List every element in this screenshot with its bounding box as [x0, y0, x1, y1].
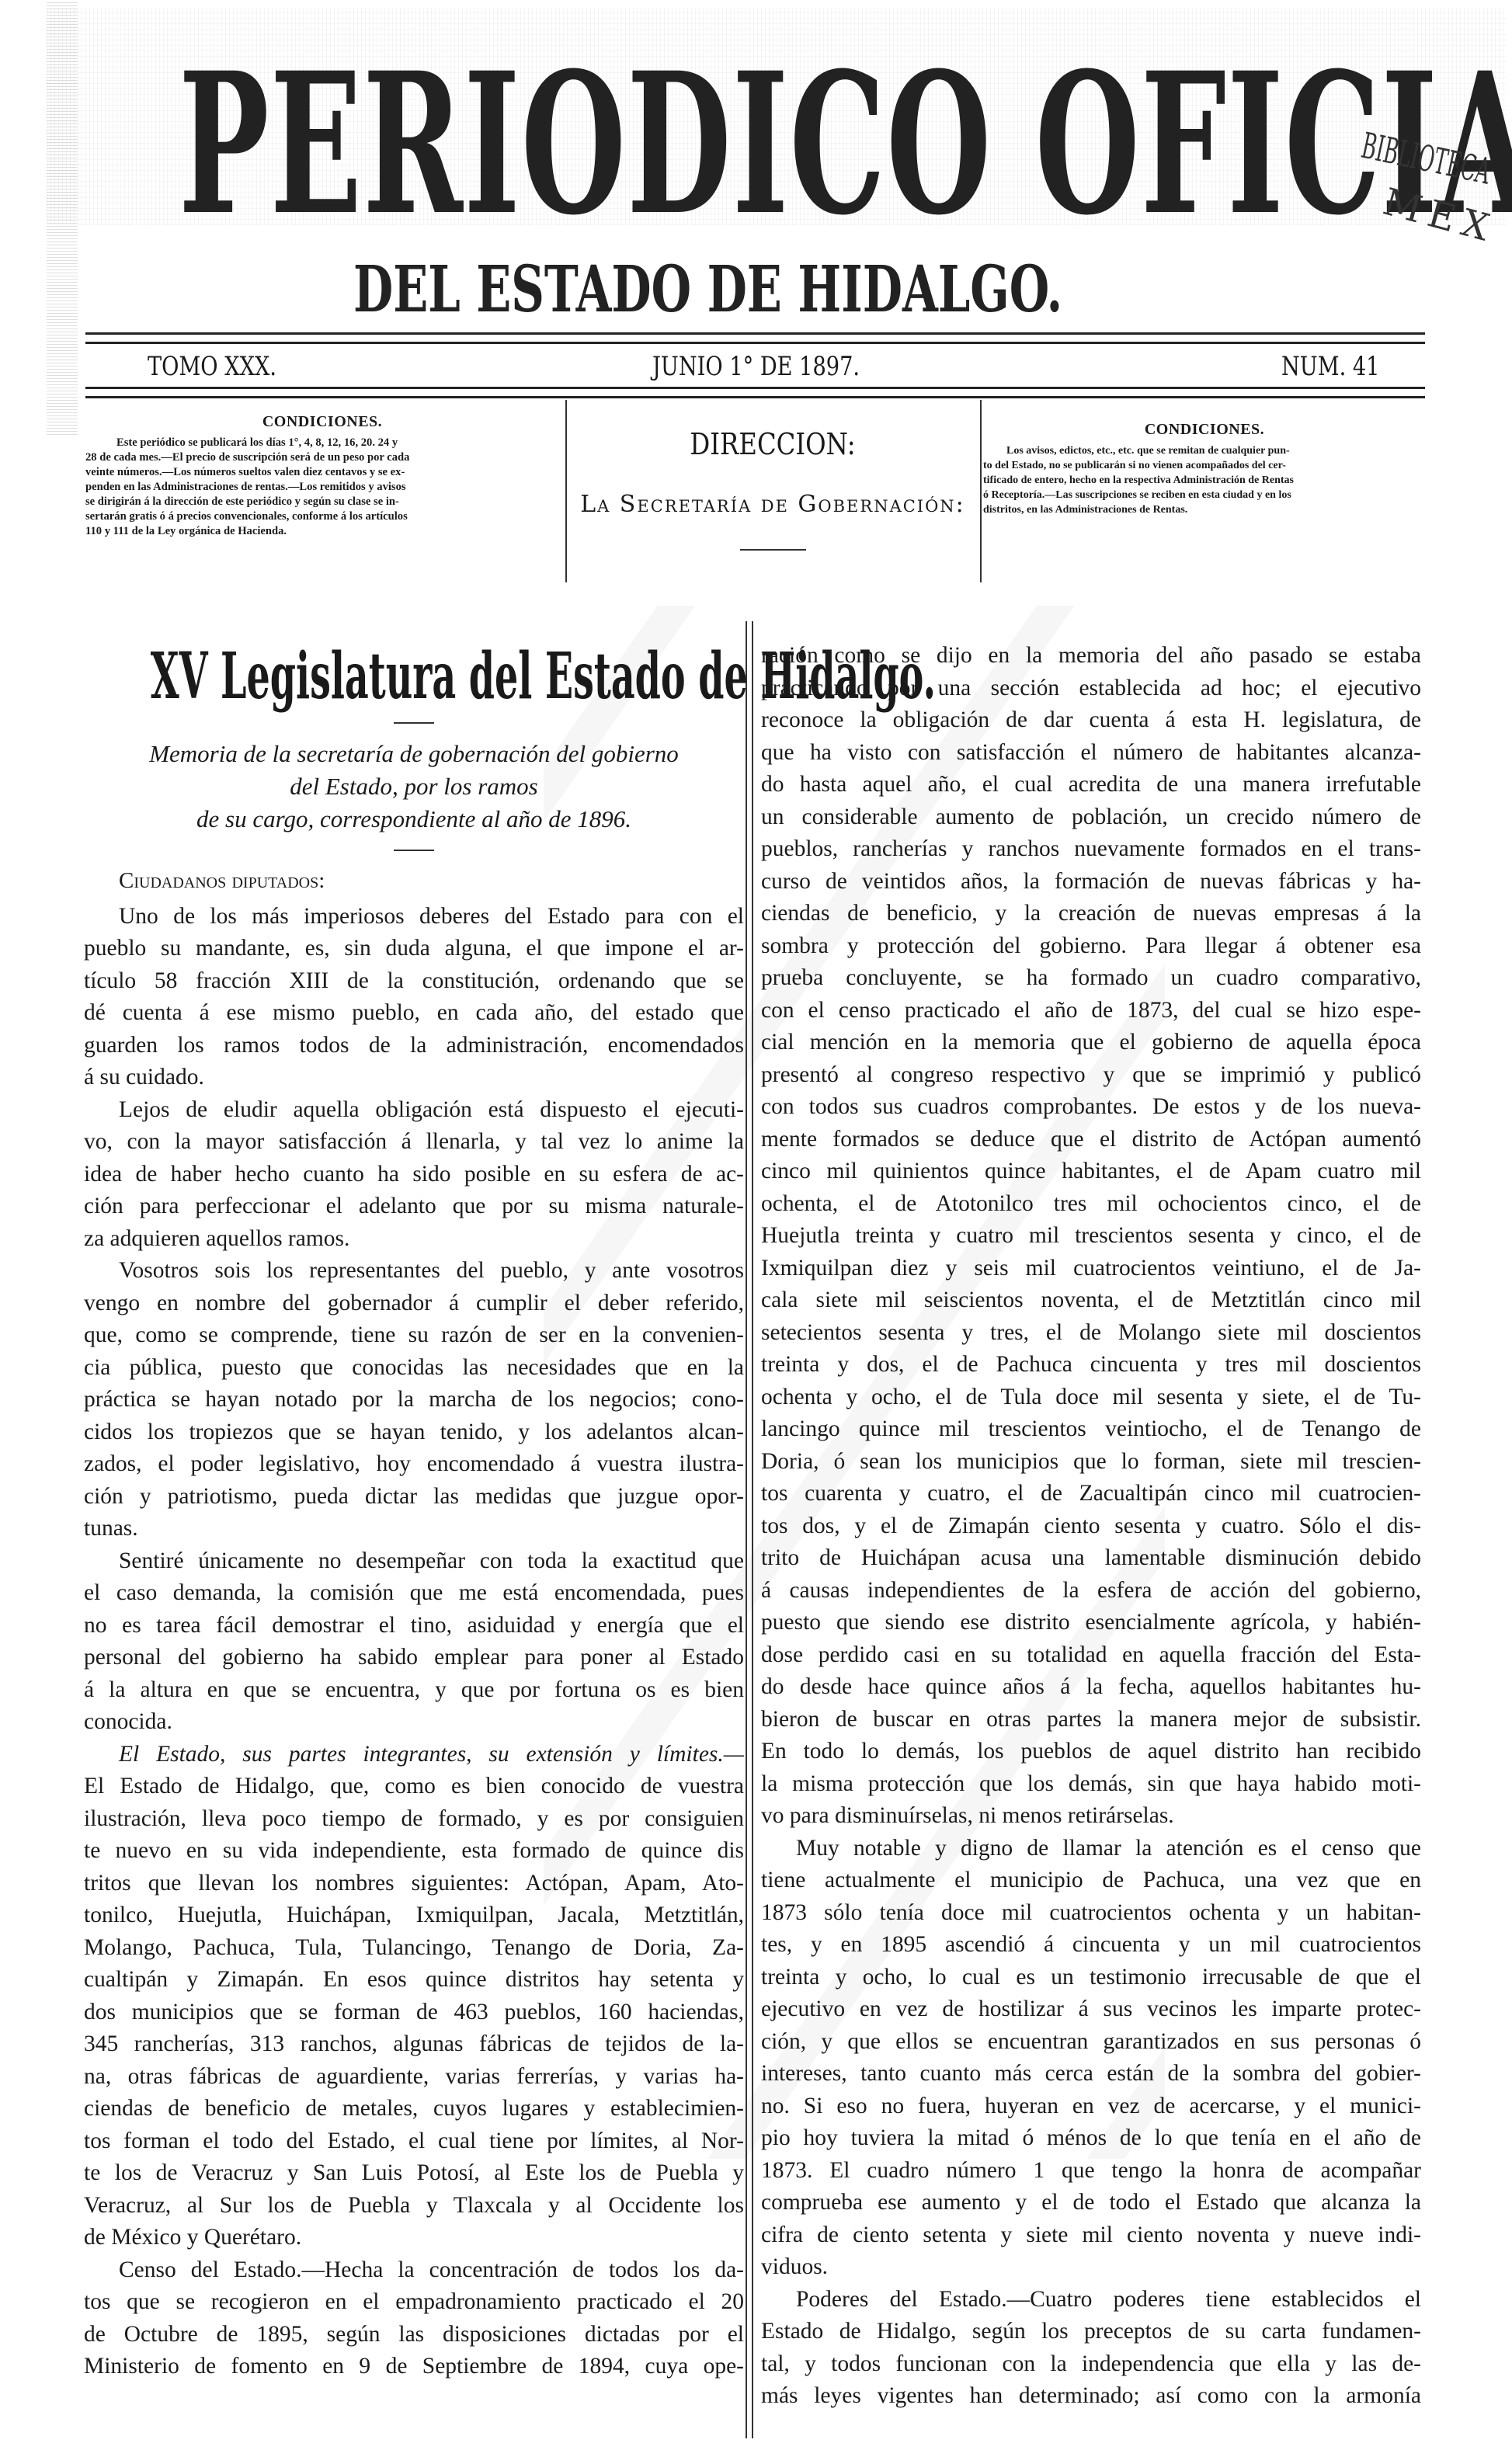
text-line: pueblos, rancherías y ranchos nuevamente… [761, 833, 1421, 866]
text-line: 345 rancherías, 313 ranchos, algunas fáb… [84, 2028, 744, 2061]
text-line: intereses, tanto cuanto más cerca están … [761, 2058, 1421, 2090]
text-line: ciendas de beneficio, y la creación de n… [761, 898, 1421, 930]
conditions-left-title: CONDICIONES. [85, 413, 559, 431]
text-line: ción, y que ellos se encuentran garantiz… [761, 2026, 1421, 2059]
text-line: tes, y en 1895 ascendió á cincuenta y un… [761, 1929, 1421, 1962]
column-separator [746, 621, 753, 2438]
text-line: sombra y protección del gobierno. Para l… [761, 930, 1421, 963]
text-line: to del Estado, no se publicarán si no vi… [983, 458, 1426, 473]
text-line: guarden los ramos todos de la administra… [84, 1030, 744, 1062]
text-line: tunas. [84, 1513, 744, 1545]
direction-title: DIRECCION: [598, 427, 948, 461]
text-line: dé cuenta á ese mismo pueblo, en cada añ… [84, 997, 744, 1030]
text-line: Doria, ó sean los municipios que lo form… [761, 1446, 1421, 1479]
issue-info-line: TOMO XXX. JUNIO 1° DE 1897. NUM. 41 [85, 348, 1425, 387]
text-line: Uno de los más imperiosos deberes del Es… [84, 901, 744, 933]
text-line: tonilco, Huejutla, Huichápan, Ixmiquilpa… [84, 1899, 744, 1932]
direction-rule [740, 549, 806, 551]
text-line: cala siete mil seiscientos noventa, el d… [761, 1284, 1421, 1317]
text-line: lancingo quince mil trescientos veintioc… [761, 1413, 1421, 1446]
text-line: Estado de Hidalgo, según los preceptos d… [761, 2316, 1421, 2348]
text-line: Censo del Estado.—Hecha la concentración… [84, 2254, 744, 2287]
scan-edge-noise [47, 0, 78, 435]
text-line: dose perdido casi en su totalidad en aqu… [761, 1639, 1421, 1672]
text-line: á su cuidado. [84, 1062, 744, 1094]
text-line: Veracruz, al Sur los de Puebla y Tlaxcal… [84, 2190, 744, 2222]
text-line: tiene actualmente el municipio de Pachuc… [761, 1864, 1421, 1897]
subtitle-line: Memoria de la secretaría de gobernación … [84, 738, 744, 770]
text-line: veinte números.—Los números sueltos vale… [85, 465, 559, 480]
text-line: personal del gobierno ha sabido emplear … [84, 1642, 744, 1674]
article-subtitle: Memoria de la secretaría de gobernación … [84, 738, 744, 836]
text-line: treinta y dos, el de Pachuca cincuenta y… [761, 1349, 1421, 1381]
text-line: trito de Huichápan acusa una lamentable … [761, 1542, 1421, 1575]
text-line: con el censo practicado el año de 1873, … [761, 995, 1421, 1027]
text-line: Ixmiquilpan diez y seis mil cuatrociento… [761, 1253, 1421, 1285]
text-line: ción y patriotismo, pueda dictar las med… [84, 1481, 744, 1513]
text-line: ilustración, lleva poco tiempo de formad… [84, 1803, 744, 1836]
masthead-title: PERIODICO OFICIAL [179, 47, 910, 241]
text-line: de Octubre de 1895, según las disposicio… [84, 2319, 744, 2351]
text-line: cial mención en la memoria que el gobier… [761, 1027, 1421, 1059]
box-divider [980, 400, 982, 582]
text-line: vo, con la mayor satisfacción á llenarla… [84, 1126, 744, 1159]
text-line: vengo en nombre del gobernador á cumplir… [84, 1288, 744, 1320]
text-line: comprueba ese aumento y el de todo el Es… [761, 2187, 1421, 2219]
text-line: un considerable aumento de población, un… [761, 801, 1421, 834]
direction-box: DIRECCION: La Secretaría de Gobernación: [567, 404, 978, 590]
text-line: tos dos, y el de Zimapán ciento sesenta … [761, 1510, 1421, 1543]
stamp-text-biblioteca: BIBLIOTECA [1358, 124, 1494, 193]
article-right-column: ración como se dijo en la memoria del añ… [761, 640, 1421, 2413]
text-line: cifra de ciento setenta y siete mil cien… [761, 2219, 1421, 2252]
text-line: cia pública, puesto que conocidas las ne… [84, 1352, 744, 1385]
text-line: El Estado, sus partes integrantes, su ex… [84, 1739, 744, 1771]
issue-volume: TOMO XXX. [148, 351, 276, 382]
text-line: curso de veintidos años, la formación de… [761, 866, 1421, 898]
text-line: sertarán gratis ó á precios convencional… [85, 509, 559, 524]
text-line: cualtipán y Zimapán. En esos quince dist… [84, 1964, 744, 1996]
text-line: do desde hace quince años á la fecha, aq… [761, 1671, 1421, 1704]
text-line: Molango, Pachuca, Tula, Tulancingo, Tena… [84, 1932, 744, 1965]
text-line: ó Receptoría.—Las suscripciones se recib… [983, 488, 1426, 502]
text-line: vo para disminuírselas, ni menos retirár… [761, 1800, 1421, 1833]
conditions-right-title: CONDICIONES. [983, 421, 1426, 439]
text-line: Vosotros sois los representantes del pue… [84, 1255, 744, 1288]
subtitle-line: del Estado, por los ramos [84, 770, 744, 803]
text-line: Muy notable y digno de llamar la atenció… [761, 1833, 1421, 1865]
text-line: viduos. [761, 2251, 1421, 2284]
text-line: más leyes vigentes han determinado; así … [761, 2380, 1421, 2413]
text-line: tos forman el todo del Estado, el cual t… [84, 2125, 744, 2158]
masthead-subtitle: DEL ESTADO DE HIDALGO. [353, 252, 1062, 327]
text-line: cinco mil quinientos quince habitantes, … [761, 1155, 1421, 1188]
text-line: Lejos de eludir aquella obligación está … [84, 1094, 744, 1127]
text-line: mente formados se deduce que el distrito… [761, 1124, 1421, 1156]
text-line: 1873. El cuadro número 1 que tengo la ho… [761, 2155, 1421, 2188]
text-line: ejecutivo en vez de hostilizar á sus vec… [761, 1993, 1421, 2026]
text-line: El Estado de Hidalgo, que, como es bien … [84, 1771, 744, 1803]
text-line: Ministerio de fomento en 9 de Septiembre… [84, 2351, 744, 2383]
text-line: pio hoy tuviera la mitad ó ménos de lo q… [761, 2122, 1421, 2155]
conditions-box-right: CONDICIONES. Los avisos, edictos, etc., … [983, 404, 1426, 590]
text-line: tos cuarenta y cuatro, el de Zacualtipán… [761, 1478, 1421, 1510]
text-line: distritos, en las Administraciones de Re… [983, 502, 1426, 517]
title-rule [394, 722, 434, 724]
text-line: pueblo su mandante, es, sin duda alguna,… [84, 933, 744, 965]
text-line: cidos los tropiezos que se hayan tenido,… [84, 1416, 744, 1449]
text-line: dos municipios que se forman de 463 pueb… [84, 1996, 744, 2029]
text-line: bieron de buscar en otras partes la mane… [761, 1704, 1421, 1736]
right-column-body: ración como se dijo en la memoria del añ… [761, 640, 1421, 2413]
text-line: á la altura en que se encuentra, y que p… [84, 1674, 744, 1707]
text-line: ochenta y ocho, el de Tula doce mil sese… [761, 1381, 1421, 1414]
text-line: ochenta, el de Atotonilco tres mil ochoc… [761, 1188, 1421, 1221]
text-line: ción para perfeccionar el adelanto que p… [84, 1190, 744, 1223]
text-line: Los avisos, edictos, etc., etc. que se r… [983, 443, 1426, 458]
text-line: practicando por una sección establecida … [761, 672, 1421, 705]
text-line: Poderes del Estado.—Cuatro poderes tiene… [761, 2284, 1421, 2316]
article-title: XV Legislatura del Estado de Hidalgo. [151, 645, 678, 708]
subtitle-rule [394, 850, 434, 851]
text-line: que, como se comprende, tiene su razón d… [84, 1319, 744, 1352]
issue-number: NUM. 41 [1281, 351, 1379, 382]
text-line: na, otras fábricas de aguardiente, varia… [84, 2061, 744, 2094]
header-rule-bottom [85, 387, 1425, 398]
text-line: treinta y ocho, lo cual es un testimonio… [761, 1962, 1421, 1994]
text-line: tificado de entero, hecho en la respecti… [983, 473, 1426, 488]
text-line: la misma protección que los demás, sin q… [761, 1768, 1421, 1801]
issue-date: JUNIO 1° DE 1897. [652, 351, 860, 382]
text-line: no es tarea fácil demostrar el tino, asi… [84, 1610, 744, 1642]
text-line: tritos que llevan los nombres siguientes… [84, 1868, 744, 1900]
text-line: tos que se recogieron en el empadronamie… [84, 2286, 744, 2319]
text-line: tal, y todos funcionan con la independen… [761, 2348, 1421, 2381]
text-line: se dirigirán á la dirección de este peri… [85, 495, 559, 509]
conditions-left-text: Este periódico se publicará los días 1°,… [85, 436, 559, 539]
text-line: práctica se hayan notado por la marcha d… [84, 1384, 744, 1416]
conditions-box-left: CONDICIONES. Este periódico se publicará… [85, 404, 559, 590]
text-line: el caso demanda, la comisión que me está… [84, 1577, 744, 1610]
text-line: ración como se dijo en la memoria del añ… [761, 640, 1421, 672]
text-line: te nuevo en su vida independiente, esta … [84, 1835, 744, 1868]
text-line: Huejutla treinta y cuatro mil tresciento… [761, 1220, 1421, 1253]
text-line: que ha visto con satisfacción el número … [761, 737, 1421, 770]
text-line: Este periódico se publicará los días 1°,… [85, 436, 559, 450]
text-line: no. Si eso no fuera, huyeran en vez de a… [761, 2090, 1421, 2123]
text-line: tículo 58 fracción XIII de la constituci… [84, 965, 744, 998]
text-line: prueba concluyente, se ha formado un cua… [761, 962, 1421, 995]
text-line: con todos sus cuadros comprobantes. De e… [761, 1091, 1421, 1124]
text-line: do hasta aquel año, el cual acredita de … [761, 769, 1421, 801]
text-line: presentó al congreso respectivo y que se… [761, 1059, 1421, 1092]
left-column-body: Uno de los más imperiosos deberes del Es… [84, 901, 744, 2383]
text-line: ciendas de beneficio de metales, cuyos l… [84, 2093, 744, 2125]
text-line: de México y Querétaro. [84, 2222, 744, 2254]
text-line: setecientos sesenta y tres, el de Molang… [761, 1317, 1421, 1350]
text-line: 110 y 111 de la Ley orgánica de Hacienda… [85, 524, 559, 539]
article-left-column: XV Legislatura del Estado de Hidalgo. Me… [84, 621, 744, 2383]
text-line: idea de haber hecho cuanto ha sido posib… [84, 1159, 744, 1191]
subtitle-line: de su cargo, correspondiente al año de 1… [84, 803, 744, 836]
text-line: conocida. [84, 1706, 744, 1739]
text-line: penden en las Administraciones de rentas… [85, 480, 559, 495]
text-line: á causas independientes de la esfera de … [761, 1575, 1421, 1607]
text-line: reconoce la obligación de dar cuenta á e… [761, 704, 1421, 737]
text-line: za adquieren aquellos ramos. [84, 1223, 744, 1256]
header-rule-top [85, 332, 1425, 344]
text-line: 1873 sólo tenía doce mil cuatrocientos o… [761, 1897, 1421, 1930]
conditions-right-text: Los avisos, edictos, etc., etc. que se r… [983, 443, 1426, 517]
text-line: En todo lo demás, los pueblos de aquel d… [761, 1736, 1421, 1768]
salutation: Ciudadanos diputados: [119, 865, 744, 898]
text-line: zados, el poder legislativo, hoy encomen… [84, 1448, 744, 1481]
text-line: Sentiré únicamente no desempeñar con tod… [84, 1545, 744, 1578]
text-line: te los de Veracruz y San Luis Potosí, al… [84, 2157, 744, 2190]
direction-text: La Secretaría de Gobernación: [567, 491, 978, 518]
library-stamp: BIBLIOTECA MEX [1367, 116, 1512, 272]
text-line: 28 de cada mes.—El precio de suscripción… [85, 450, 559, 465]
text-line: puesto que siendo ese distrito esencialm… [761, 1607, 1421, 1639]
